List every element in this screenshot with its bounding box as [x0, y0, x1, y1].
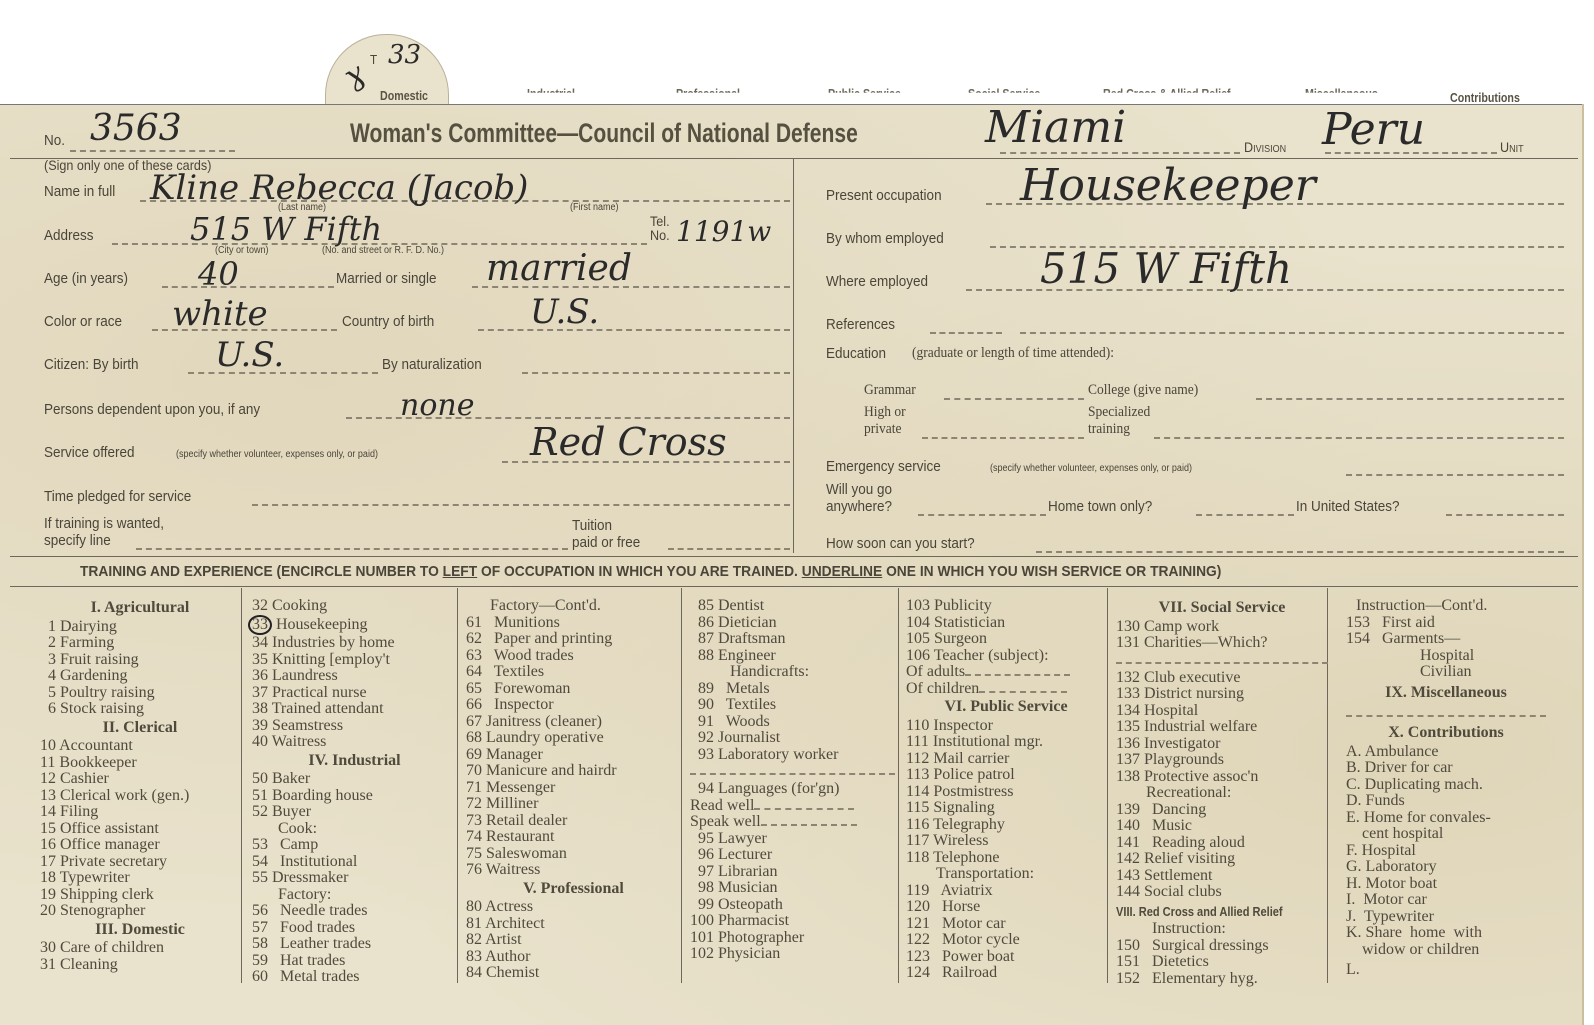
tab-red-cross: Red Cross & Allied Relief: [1103, 86, 1231, 101]
center-divider: [793, 158, 794, 553]
references-line-2: [1020, 332, 1564, 334]
occupation-item[interactable]: 98 Musician: [690, 880, 895, 897]
children-label: Of children: [906, 680, 979, 697]
occupation-item[interactable]: 73 Retail dealer: [466, 813, 681, 830]
occupation-item[interactable]: 91 Woods: [690, 714, 895, 731]
no-label: No.: [44, 132, 65, 149]
column-agricultural-clerical-domestic: I. Agricultural 1 Dairying 2 Farming 3 F…: [40, 598, 240, 973]
occupation-item[interactable]: 143 Settlement: [1116, 868, 1328, 885]
college-line: [1256, 398, 1564, 400]
column-misc-contributions: Instruction—Cont'd. 153 First aid 154 Ga…: [1346, 598, 1546, 979]
contribution-item[interactable]: E. Home for convales-: [1346, 810, 1546, 827]
high-label: High or: [864, 404, 906, 421]
subgroup-label: Recreational:: [1116, 785, 1328, 802]
occupation-item[interactable]: 58 Leather trades: [252, 936, 457, 953]
hometown-line: [1196, 514, 1294, 516]
contribution-item[interactable]: L.: [1346, 962, 1546, 979]
naturalization-label: By naturalization: [382, 356, 482, 373]
occupation-item[interactable]: 67 Janitress (cleaner): [466, 714, 681, 731]
occupation-item[interactable]: 119 Aviatrix: [906, 883, 1106, 900]
occupation-item[interactable]: 117 Wireless: [906, 833, 1106, 850]
occupation-item[interactable]: 103 Publicity: [906, 598, 1106, 615]
occupation-item[interactable]: 13 Clerical work (gen.): [40, 788, 240, 805]
occupation-item[interactable]: 39 Seamstress: [252, 718, 457, 735]
contribution-item[interactable]: D. Funds: [1346, 793, 1546, 810]
occupation-item[interactable]: 69 Manager: [466, 747, 681, 764]
occupation-item[interactable]: 106 Teacher (subject):: [906, 648, 1106, 665]
occupation-item[interactable]: 35 Knitting [employ't: [252, 652, 457, 669]
in-us-label: In United States?: [1296, 498, 1400, 515]
occupation-item[interactable]: 2 Farming: [40, 635, 240, 652]
birth-country-label: Country of birth: [342, 313, 434, 330]
read-well-label: Read well: [690, 797, 754, 814]
section-heading: II. Clerical: [40, 720, 240, 737]
section-heading: I. Agricultural: [40, 600, 240, 617]
occupation-item[interactable]: 5 Poultry raising: [40, 685, 240, 702]
specialized-label: Specialized: [1088, 404, 1150, 421]
occupation-item[interactable]: 10 Accountant: [40, 738, 240, 755]
column-social-service-red-cross: VII. Social Service 130 Camp work 131 Ch…: [1116, 598, 1328, 987]
occupation-item[interactable]: 32 Cooking: [252, 598, 457, 615]
tel-label: Tel. No.: [650, 214, 677, 242]
occupation-item[interactable]: 63 Wood trades: [466, 648, 681, 665]
start-label: How soon can you start?: [826, 535, 975, 552]
references-line-1: [930, 332, 1002, 334]
tab-social-service: Social Service: [968, 86, 1040, 101]
section-heading: X. Contributions: [1346, 725, 1546, 742]
occupation-item[interactable]: 3 Fruit raising: [40, 652, 240, 669]
time-pledged-line: [252, 504, 790, 506]
occupation-item[interactable]: 84 Chemist: [466, 965, 681, 982]
speak-well-label: Speak well: [690, 813, 761, 830]
occupation-item[interactable]: 124 Railroad: [906, 965, 1106, 982]
occupation-item[interactable]: 110 Inspector: [906, 718, 1106, 735]
occupation-item[interactable]: 99 Osteopath: [690, 897, 895, 914]
subgroup-label: Cook:: [252, 821, 457, 838]
employer-label: By whom employed: [826, 230, 944, 247]
occupation-item[interactable]: 139 Dancing: [1116, 802, 1328, 819]
unit-value: Peru: [1322, 104, 1425, 155]
occupation-item-circled[interactable]: 33 Housekeeping: [252, 615, 457, 636]
occupation-item[interactable]: 72 Milliner: [466, 796, 681, 813]
birth-country-line: [478, 329, 790, 331]
occupation-item[interactable]: 135 Industrial welfare: [1116, 719, 1328, 736]
col-divider: [681, 588, 682, 983]
occupation-item[interactable]: 61 Munitions: [466, 615, 681, 632]
where-employed-label: Where employed: [826, 273, 928, 290]
emergency-line: [1346, 474, 1564, 476]
speak-well-field[interactable]: Speak well: [690, 814, 895, 831]
section-heading: III. Domestic: [40, 922, 240, 939]
tab-domestic: Domestic: [380, 88, 428, 103]
occupation-item[interactable]: 140 Music: [1116, 818, 1328, 835]
occupation-item[interactable]: 114 Postmistress: [906, 784, 1106, 801]
occupation-item[interactable]: 137 Playgrounds: [1116, 752, 1328, 769]
contribution-item[interactable]: B. Driver for car: [1346, 760, 1546, 777]
occupation-item[interactable]: 152 Elementary hyg.: [1116, 971, 1328, 988]
start-line: [1036, 551, 1564, 553]
occupation-item[interactable]: 59 Hat trades: [252, 953, 457, 970]
tel-value[interactable]: 1191w: [676, 215, 771, 248]
contribution-item[interactable]: F. Hospital: [1346, 843, 1546, 860]
card-title: Woman's Committee—Council of National De…: [350, 118, 858, 149]
teacher-adults-field[interactable]: Of adults: [906, 664, 1106, 681]
occupation-item[interactable]: 50 Baker: [252, 771, 457, 788]
time-pledged-label: Time pledged for service: [44, 488, 191, 505]
occupation-item[interactable]: 80 Actress: [466, 899, 681, 916]
occupation-item[interactable]: 85 Dentist: [690, 598, 895, 615]
name-value[interactable]: Kline Rebecca (Jacob): [150, 168, 528, 208]
occupation-item[interactable]: 65 Forewoman: [466, 681, 681, 698]
occupation-item[interactable]: 54 Institutional: [252, 854, 457, 871]
occupation-item[interactable]: 101 Photographer: [690, 930, 895, 947]
section-heading: IX. Miscellaneous: [1346, 685, 1546, 702]
paid-free-line: [668, 548, 790, 550]
occupation-item[interactable]: 144 Social clubs: [1116, 884, 1328, 901]
contribution-item[interactable]: C. Duplicating mach.: [1346, 777, 1546, 794]
occupation-item[interactable]: 136 Investigator: [1116, 736, 1328, 753]
occupation-item[interactable]: 31 Cleaning: [40, 957, 240, 974]
occupation-item[interactable]: 134 Hospital: [1116, 703, 1328, 720]
age-line: [162, 286, 334, 288]
occupation-item[interactable]: 95 Lawyer: [690, 831, 895, 848]
section-heading: VI. Public Service: [906, 699, 1106, 716]
occupation-item[interactable]: 12 Cashier: [40, 771, 240, 788]
tuition-label: Tuition: [572, 517, 612, 534]
occupation-value[interactable]: Housekeeper: [1020, 160, 1316, 211]
blank-line: [690, 765, 895, 775]
read-well-field[interactable]: Read well: [690, 798, 895, 815]
contribution-item[interactable]: K. Share home with: [1346, 925, 1546, 942]
occupation-item[interactable]: 40 Waitress: [252, 734, 457, 751]
emergency-label: Emergency service: [826, 458, 941, 475]
anywhere-label: anywhere?: [826, 498, 892, 515]
subgroup-label: Factory—Cont'd.: [466, 598, 681, 615]
contribution-item[interactable]: G. Laboratory: [1346, 859, 1546, 876]
training-bottom-divider: [10, 586, 1578, 587]
subgroup-label: Instruction—Cont'd.: [1346, 598, 1546, 615]
tab-professional: Professional: [676, 86, 740, 101]
occupation-item[interactable]: 130 Camp work: [1116, 619, 1328, 636]
contribution-item[interactable]: I. Motor car: [1346, 892, 1546, 909]
service-label: Service offered: [44, 444, 135, 461]
specify-line-label: specify line: [44, 532, 111, 549]
specify-line: [136, 548, 568, 550]
grammar-label: Grammar: [864, 382, 916, 399]
specialized-line: [1154, 437, 1564, 439]
anywhere-line: [918, 514, 1046, 516]
occupation-item[interactable]: 34 Industries by home: [252, 635, 457, 652]
service-value[interactable]: Red Cross: [530, 420, 727, 464]
division-value: Miami: [985, 102, 1126, 153]
occupation-item[interactable]: 14 Filing: [40, 804, 240, 821]
occupation-item[interactable]: 112 Mail carrier: [906, 751, 1106, 768]
occupation-item[interactable]: 131 Charities—Which?: [1116, 635, 1328, 652]
occupation-item[interactable]: 142 Relief visiting: [1116, 851, 1328, 868]
race-label: Color or race: [44, 313, 122, 330]
occupation-item[interactable]: 15 Office assistant: [40, 821, 240, 838]
occupation-item[interactable]: 56 Needle trades: [252, 903, 457, 920]
contribution-item-cont: cent hospital: [1346, 826, 1546, 843]
occupation-item[interactable]: 76 Waitress: [466, 862, 681, 879]
column-domestic-industrial: 32 Cooking 33 Housekeeping 34 Industries…: [252, 598, 457, 986]
tab-industrial: Industrial: [527, 86, 575, 101]
address-label: Address: [44, 227, 94, 244]
occupation-item[interactable]: 121 Motor car: [906, 916, 1106, 933]
occupation-item[interactable]: 89 Metals: [690, 681, 895, 698]
section-heading: IV. Industrial: [252, 753, 457, 770]
encircled-number: 33: [248, 615, 272, 636]
contribution-item[interactable]: A. Ambulance: [1346, 744, 1546, 761]
occupation-item[interactable]: 6 Stock raising: [40, 701, 240, 718]
occupation-item[interactable]: 62 Paper and printing: [466, 631, 681, 648]
citizen-birth-value[interactable]: U.S.: [215, 335, 284, 375]
column-public-service: 103 Publicity 104 Statistician 105 Surge…: [906, 598, 1106, 982]
occupation-item[interactable]: 100 Pharmacist: [690, 913, 895, 930]
race-value[interactable]: white: [172, 294, 268, 334]
occupation-item[interactable]: 52 Buyer: [252, 804, 457, 821]
occupation-item[interactable]: 92 Journalist: [690, 730, 895, 747]
name-label: Name in full: [44, 183, 115, 200]
education-hint: (graduate or length of time attended):: [912, 345, 1114, 362]
occupation-item[interactable]: 150 Surgical dressings: [1116, 938, 1328, 955]
occupation-item[interactable]: 83 Author: [466, 949, 681, 966]
occupation-item[interactable]: 82 Artist: [466, 932, 681, 949]
contribution-item-cont: widow or children: [1346, 942, 1546, 959]
division-label: Division: [1244, 139, 1286, 155]
hometown-label: Home town only?: [1048, 498, 1152, 515]
col-divider: [457, 588, 458, 983]
occupation-item[interactable]: 60 Metal trades: [252, 969, 457, 986]
card-number: 3563: [90, 108, 182, 149]
contribution-item[interactable]: J. Typewriter: [1346, 909, 1546, 926]
college-label: College (give name): [1088, 382, 1198, 399]
occupation-item[interactable]: 11 Bookkeeper: [40, 755, 240, 772]
occupation-item[interactable]: 16 Office manager: [40, 837, 240, 854]
training-top-divider: [10, 556, 1578, 557]
occupation-item[interactable]: 88 Engineer: [690, 648, 895, 665]
married-label: Married or single: [336, 270, 437, 287]
service-hint: (specify whether volunteer, expenses onl…: [176, 449, 378, 460]
emergency-hint: (specify whether volunteer, expenses onl…: [990, 463, 1192, 474]
where-employed-value[interactable]: 515 W Fifth: [1040, 244, 1292, 293]
private-label: private: [864, 421, 901, 438]
occupation-item[interactable]: 122 Motor cycle: [906, 932, 1106, 949]
training-label: training: [1088, 421, 1130, 438]
naturalization-line: [522, 372, 790, 374]
occupation-item[interactable]: 138 Protective assoc'n: [1116, 769, 1328, 786]
occupation-item[interactable]: 153 First aid: [1346, 615, 1546, 632]
col-divider: [241, 588, 242, 983]
header-divider: [10, 158, 1578, 159]
occupation-item[interactable]: 96 Lecturer: [690, 847, 895, 864]
occupation-item[interactable]: 102 Physician: [690, 946, 895, 963]
high-private-line: [922, 437, 1084, 439]
teacher-children-field[interactable]: Of children: [906, 681, 1106, 698]
tab-letter: T: [370, 52, 377, 67]
occupation-item[interactable]: 151 Dietetics: [1116, 954, 1328, 971]
occupation-text: Housekeeping: [276, 616, 368, 633]
occupation-item[interactable]: Civilian: [1346, 664, 1546, 681]
occupation-item[interactable]: 120 Horse: [906, 899, 1106, 916]
married-value[interactable]: married: [486, 248, 632, 289]
occupation-item[interactable]: 74 Restaurant: [466, 829, 681, 846]
occupation-item[interactable]: 19 Shipping clerk: [40, 887, 240, 904]
adults-label: Of adults: [906, 663, 965, 680]
occupation-item[interactable]: 116 Telegraphy: [906, 817, 1106, 834]
subgroup-label: Transportation:: [906, 866, 1106, 883]
occupation-item[interactable]: 30 Care of children: [40, 940, 240, 957]
occupation-item[interactable]: 97 Librarian: [690, 864, 895, 881]
subgroup-label: Factory:: [252, 887, 457, 904]
occupation-item[interactable]: 68 Laundry operative: [466, 730, 681, 747]
first-name-hint: (First name): [570, 202, 619, 213]
occupation-item[interactable]: 115 Signaling: [906, 800, 1106, 817]
occupation-item[interactable]: 104 Statistician: [906, 615, 1106, 632]
occupation-item[interactable]: 51 Boarding house: [252, 788, 457, 805]
occupation-item[interactable]: 118 Telephone: [906, 850, 1106, 867]
occupation-item[interactable]: 87 Draftsman: [690, 631, 895, 648]
dependents-value[interactable]: none: [400, 388, 474, 423]
category-tab-strip: Domestic Industrial Professional Public …: [0, 84, 1582, 106]
occupation-item[interactable]: 53 Camp: [252, 837, 457, 854]
occupation-item[interactable]: 66 Inspector: [466, 697, 681, 714]
section-heading: VIII. Red Cross and Allied Relief: [1116, 904, 1296, 921]
section-heading: VII. Social Service: [1116, 600, 1328, 617]
address-value[interactable]: 515 W Fifth: [190, 210, 382, 248]
occupation-item[interactable]: 93 Laboratory worker: [690, 747, 895, 764]
occupation-item[interactable]: 4 Gardening: [40, 668, 240, 685]
tab-miscellaneous: Miscellaneous: [1305, 86, 1378, 101]
blank-line: [1116, 654, 1328, 664]
education-label: Education: [826, 345, 886, 362]
occupation-item[interactable]: 70 Manicure and hairdr: [466, 763, 681, 780]
grammar-line: [944, 398, 1084, 400]
occupation-item[interactable]: 75 Saleswoman: [466, 846, 681, 863]
occupation-item[interactable]: 36 Laundress: [252, 668, 457, 685]
occupation-item[interactable]: 64 Textiles: [466, 664, 681, 681]
subgroup-label: Instruction:: [1116, 921, 1328, 938]
occupation-item[interactable]: 94 Languages (for'gn): [690, 781, 895, 798]
occupation-item[interactable]: 71 Messenger: [466, 780, 681, 797]
column-professional-cont: 85 Dentist 86 Dietician 87 Draftsman 88 …: [690, 598, 895, 963]
occupation-item[interactable]: 20 Stenographer: [40, 903, 240, 920]
occupation-item[interactable]: Hospital: [1346, 648, 1546, 665]
occupation-label: Present occupation: [826, 187, 942, 204]
occupation-item[interactable]: 38 Trained attendant: [252, 701, 457, 718]
occupation-item[interactable]: 105 Surgeon: [906, 631, 1106, 648]
occupation-item[interactable]: 113 Police patrol: [906, 767, 1106, 784]
occupation-item[interactable]: 17 Private secretary: [40, 854, 240, 871]
no-line: [70, 150, 235, 152]
tab-public-service: Public Service: [828, 86, 901, 101]
occupation-item[interactable]: 1 Dairying: [40, 619, 240, 636]
tab-number: 33: [388, 40, 421, 70]
street-hint: (No. and street or R. F. D. No.): [322, 245, 444, 256]
column-factory-professional: Factory—Cont'd. 61 Munitions 62 Paper an…: [466, 598, 681, 982]
age-label: Age (in years): [44, 270, 128, 287]
occupation-item[interactable]: 154 Garments—: [1346, 631, 1546, 648]
occupation-item[interactable]: 141 Reading aloud: [1116, 835, 1328, 852]
citizen-birth-label: Citizen: By birth: [44, 356, 139, 373]
occupation-item[interactable]: 81 Architect: [466, 916, 681, 933]
blank-line: [1346, 707, 1546, 717]
occupation-item[interactable]: 90 Textiles: [690, 697, 895, 714]
occupation-item[interactable]: 132 Club executive: [1116, 670, 1328, 687]
unit-label: Unit: [1500, 139, 1524, 155]
occupation-item[interactable]: 86 Dietician: [690, 615, 895, 632]
occupation-item[interactable]: 111 Institutional mgr.: [906, 734, 1106, 751]
col-divider: [1107, 588, 1108, 983]
occupation-item[interactable]: 133 District nursing: [1116, 686, 1328, 703]
training-wanted-label: If training is wanted,: [44, 515, 164, 532]
occupation-item[interactable]: 18 Typewriter: [40, 870, 240, 887]
age-value[interactable]: 40: [198, 255, 239, 293]
in-us-line: [1446, 514, 1564, 516]
occupation-item[interactable]: 123 Power boat: [906, 949, 1106, 966]
col-divider: [898, 588, 899, 983]
training-header: TRAINING AND EXPERIENCE (ENCIRCLE NUMBER…: [80, 563, 1221, 580]
paid-free-label: paid or free: [572, 534, 640, 551]
tab-contributions: Contributions: [1450, 90, 1520, 105]
contribution-item[interactable]: H. Motor boat: [1346, 876, 1546, 893]
occupation-item[interactable]: 57 Food trades: [252, 920, 457, 937]
section-heading: V. Professional: [466, 881, 681, 898]
subgroup-label: Handicrafts:: [690, 664, 895, 681]
dependents-label: Persons dependent upon you, if any: [44, 401, 260, 418]
birth-country-value[interactable]: U.S.: [530, 292, 599, 332]
references-label: References: [826, 316, 895, 333]
occupation-item[interactable]: 37 Practical nurse: [252, 685, 457, 702]
will-you-go-label: Will you go: [826, 481, 892, 498]
occupation-item[interactable]: 55 Dressmaker: [252, 870, 457, 887]
